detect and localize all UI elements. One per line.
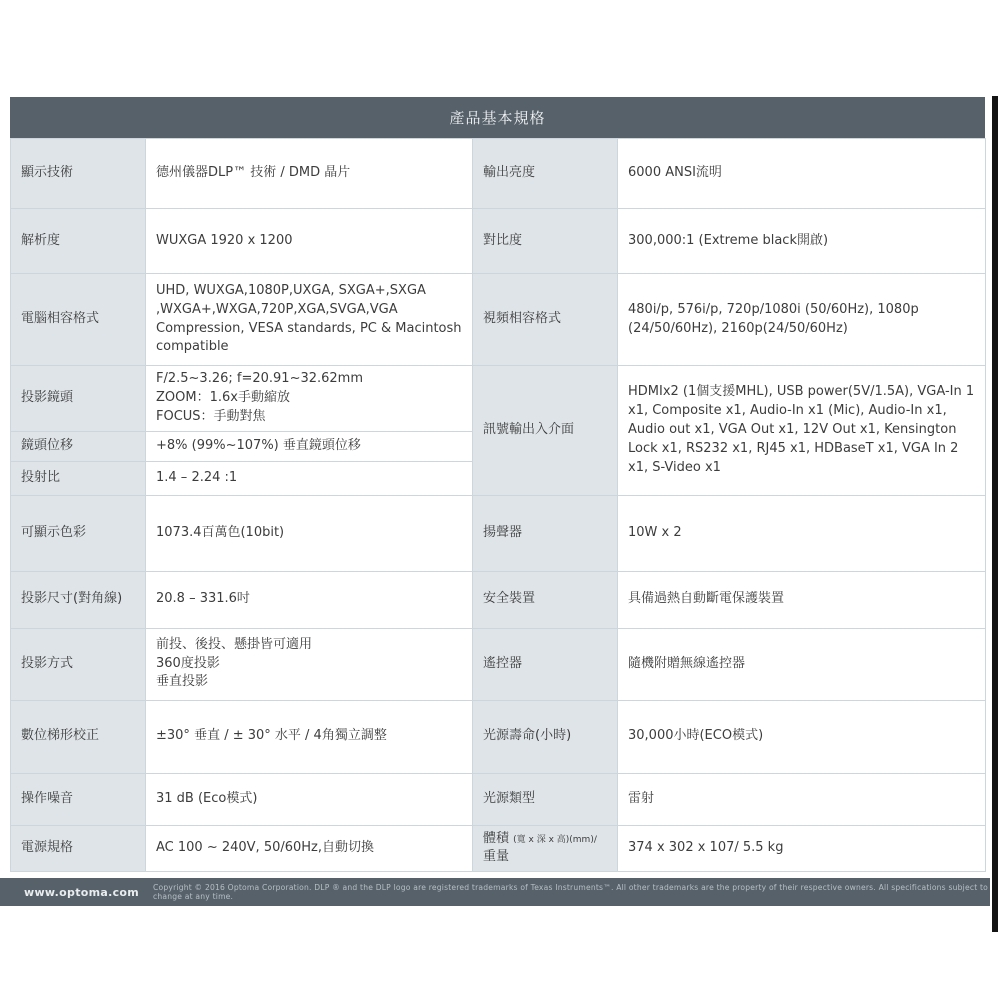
spec-value: F/2.5~3.26; f=20.91~32.62mm ZOOM：1.6x手動縮… xyxy=(146,366,473,432)
spec-label: 遙控器 xyxy=(473,628,618,700)
spec-label: 視頻相容格式 xyxy=(473,274,618,366)
spec-label: 解析度 xyxy=(11,209,146,274)
spec-label-volume-weight: 體積 (寬 x 深 x 高)(mm)/ 重量 xyxy=(473,825,618,872)
spec-value: 31 dB (Eco模式) xyxy=(146,773,473,825)
spec-label: 安全裝置 xyxy=(473,571,618,628)
spec-value: 具備過熱自動斷電保護裝置 xyxy=(618,571,986,628)
table-row: 投影尺寸(對角線) 20.8 – 331.6吋 安全裝置 具備過熱自動斷電保護裝… xyxy=(11,571,986,628)
spec-label: 投射比 xyxy=(11,461,146,495)
spec-label-line2: 重量 xyxy=(483,848,607,867)
table-title: 產品基本規格 xyxy=(449,107,545,128)
spec-label: 光源類型 xyxy=(473,773,618,825)
spec-sheet-page: 產品基本規格 顯示技術 德州儀器DLP™ 技術 / DMD 晶片 輸出亮度 60… xyxy=(0,0,1000,1000)
spec-value: 1073.4百萬色(10bit) xyxy=(146,495,473,571)
table-row: 電源規格 AC 100 ~ 240V, 50/60Hz,自動切換 體積 (寬 x… xyxy=(11,825,986,872)
spec-value: 10W x 2 xyxy=(618,495,986,571)
spec-value: 6000 ANSI流明 xyxy=(618,139,986,209)
table-row: 顯示技術 德州儀器DLP™ 技術 / DMD 晶片 輸出亮度 6000 ANSI… xyxy=(11,139,986,209)
table-row: 操作噪音 31 dB (Eco模式) 光源類型 雷射 xyxy=(11,773,986,825)
copyright-text: Copyright © 2016 Optoma Corporation. DLP… xyxy=(153,883,990,901)
spec-value: 1.4 – 2.24 :1 xyxy=(146,461,473,495)
table-row: 投影鏡頭 F/2.5~3.26; f=20.91~32.62mm ZOOM：1.… xyxy=(11,366,986,432)
spec-label: 數位梯形校正 xyxy=(11,700,146,773)
spec-label: 光源壽命(小時) xyxy=(473,700,618,773)
spec-value: 隨機附贈無線遙控器 xyxy=(618,628,986,700)
spec-label: 電腦相容格式 xyxy=(11,274,146,366)
spec-value: 480i/p, 576i/p, 720p/1080i (50/60Hz), 10… xyxy=(618,274,986,366)
spec-value: 30,000小時(ECO模式) xyxy=(618,700,986,773)
spec-label: 訊號輸出入介面 xyxy=(473,366,618,496)
optoma-website-link[interactable]: www.optoma.com xyxy=(24,886,139,899)
spec-value: AC 100 ~ 240V, 50/60Hz,自動切換 xyxy=(146,825,473,872)
spec-label: 對比度 xyxy=(473,209,618,274)
spec-label: 投影尺寸(對角線) xyxy=(11,571,146,628)
footer-bar: www.optoma.com Copyright © 2016 Optoma C… xyxy=(0,878,990,906)
spec-value: 300,000:1 (Extreme black開啟) xyxy=(618,209,986,274)
spec-label: 輸出亮度 xyxy=(473,139,618,209)
spec-value: UHD, WUXGA,1080P,UXGA, SXGA+,SXGA ,WXGA+… xyxy=(146,274,473,366)
spec-value: 前投、後投、懸掛皆可適用 360度投影 垂直投影 xyxy=(146,628,473,700)
spec-label-note: (寬 x 深 x 高)(mm)/ xyxy=(513,835,597,845)
spec-value: 德州儀器DLP™ 技術 / DMD 晶片 xyxy=(146,139,473,209)
spec-label: 操作噪音 xyxy=(11,773,146,825)
spec-value: 雷射 xyxy=(618,773,986,825)
spec-value: HDMIx2 (1個支援MHL), USB power(5V/1.5A), VG… xyxy=(618,366,986,496)
spec-table-container: 產品基本規格 顯示技術 德州儀器DLP™ 技術 / DMD 晶片 輸出亮度 60… xyxy=(10,97,985,872)
spec-label: 鏡頭位移 xyxy=(11,431,146,461)
spec-label: 電源規格 xyxy=(11,825,146,872)
spec-value: ±30° 垂直 / ± 30° 水平 / 4角獨立調整 xyxy=(146,700,473,773)
spec-table: 顯示技術 德州儀器DLP™ 技術 / DMD 晶片 輸出亮度 6000 ANSI… xyxy=(10,138,986,872)
spec-label: 體積 xyxy=(483,831,509,846)
table-row: 投影方式 前投、後投、懸掛皆可適用 360度投影 垂直投影 遙控器 隨機附贈無線… xyxy=(11,628,986,700)
table-title-bar: 產品基本規格 xyxy=(10,97,985,138)
spec-value: +8% (99%~107%) 垂直鏡頭位移 xyxy=(146,431,473,461)
page-edge-strip xyxy=(992,96,998,932)
spec-label: 可顯示色彩 xyxy=(11,495,146,571)
spec-label: 投影鏡頭 xyxy=(11,366,146,432)
spec-label: 揚聲器 xyxy=(473,495,618,571)
spec-label: 投影方式 xyxy=(11,628,146,700)
table-row: 電腦相容格式 UHD, WUXGA,1080P,UXGA, SXGA+,SXGA… xyxy=(11,274,986,366)
spec-value: 20.8 – 331.6吋 xyxy=(146,571,473,628)
table-row: 解析度 WUXGA 1920 x 1200 對比度 300,000:1 (Ext… xyxy=(11,209,986,274)
spec-value: 374 x 302 x 107/ 5.5 kg xyxy=(618,825,986,872)
spec-label: 顯示技術 xyxy=(11,139,146,209)
table-row: 數位梯形校正 ±30° 垂直 / ± 30° 水平 / 4角獨立調整 光源壽命(… xyxy=(11,700,986,773)
table-row: 可顯示色彩 1073.4百萬色(10bit) 揚聲器 10W x 2 xyxy=(11,495,986,571)
spec-value: WUXGA 1920 x 1200 xyxy=(146,209,473,274)
